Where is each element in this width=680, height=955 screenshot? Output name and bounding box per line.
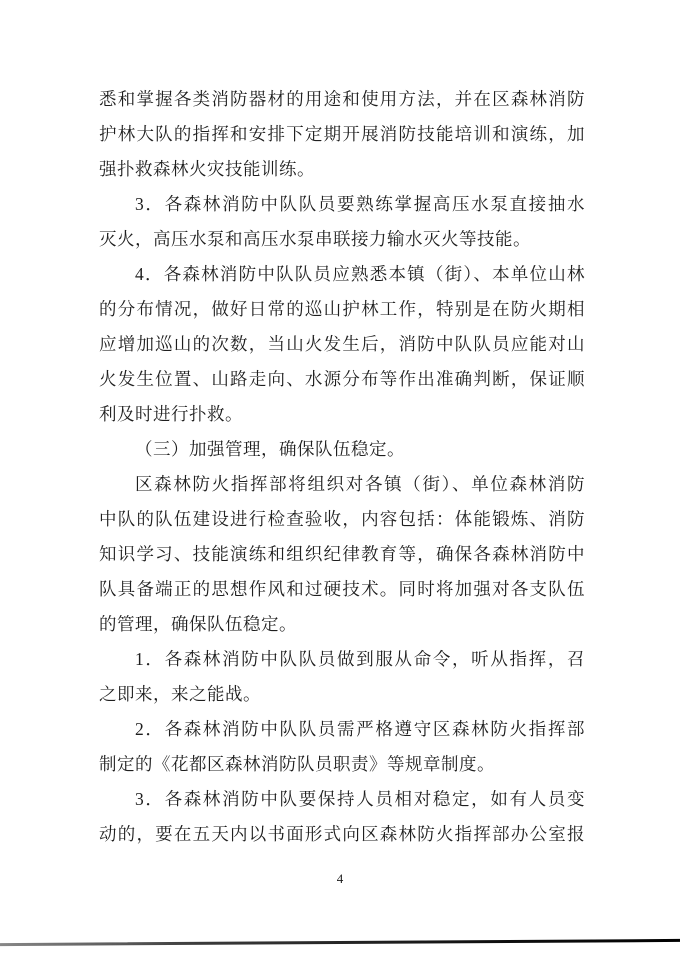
text-line: 的分布情况，做好日常的巡山护林工作，特别是在防火期相 [99,292,585,327]
document-page: 悉和掌握各类消防器材的用途和使用方法，并在区森林消防护林大队的指挥和安排下定期开… [0,0,680,955]
text-line: 队具备端正的思想作风和过硬技术。同时将加强对各支队伍 [99,572,585,607]
text-line: 中队的队伍建设进行检查验收，内容包括：体能锻炼、消防 [99,502,585,537]
text-line: 之即来，来之能战。 [99,677,585,712]
text-line: 4．各森林消防中队队员应熟悉本镇（街）、本单位山林 [99,257,585,292]
text-line: 悉和掌握各类消防器材的用途和使用方法，并在区森林消防 [99,82,585,117]
text-line: 的管理，确保队伍稳定。 [99,607,585,642]
text-line: 3．各森林消防中队队员要熟练掌握高压水泵直接抽水 [99,187,585,222]
text-line: 知识学习、技能演练和组织纪律教育等，确保各森林消防中 [99,537,585,572]
text-line: 护林大队的指挥和安排下定期开展消防技能培训和演练，加 [99,117,585,152]
text-line: 强扑救森林火灾技能训练。 [99,152,585,187]
text-line: 2．各森林消防中队队员需严格遵守区森林防火指挥部 [99,712,585,747]
text-line: 3．各森林消防中队要保持人员相对稳定，如有人员变 [99,782,585,817]
scan-edge-artifact [0,939,680,946]
body-text: 悉和掌握各类消防器材的用途和使用方法，并在区森林消防护林大队的指挥和安排下定期开… [99,82,585,852]
text-line: 制定的《花都区森林消防队员职责》等规章制度。 [99,747,585,782]
text-line: 火发生位置、山路走向、水源分布等作出准确判断，保证顺 [99,362,585,397]
text-line: 1．各森林消防中队队员做到服从命令，听从指挥，召 [99,642,585,677]
text-line: （三）加强管理，确保队伍稳定。 [99,432,585,467]
text-line: 动的，要在五天内以书面形式向区森林防火指挥部办公室报 [99,817,585,852]
text-line: 灭火，高压水泵和高压水泵串联接力输水灭火等技能。 [99,222,585,257]
text-line: 利及时进行扑救。 [99,397,585,432]
page-number: 4 [0,871,680,887]
text-line: 应增加巡山的次数，当山火发生后，消防中队队员应能对山 [99,327,585,362]
text-line: 区森林防火指挥部将组织对各镇（街）、单位森林消防 [99,467,585,502]
